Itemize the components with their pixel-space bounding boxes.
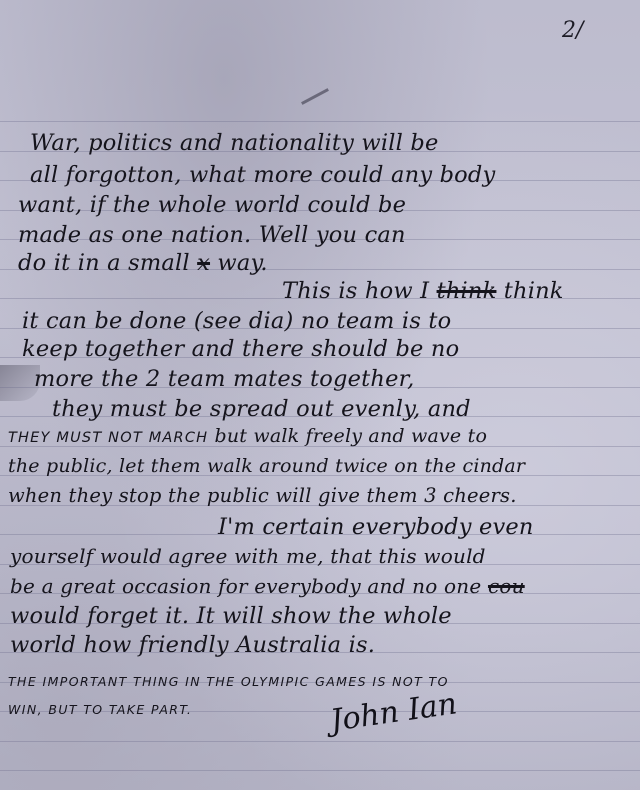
- letter-line-16: be a great occasion for everybody and no…: [10, 574, 525, 598]
- letter-line-5: do it in a small x way.: [18, 250, 268, 276]
- letter-line-18: world how friendly Australia is.: [10, 632, 375, 658]
- letter-line-3: want, if the whole world could be: [18, 192, 406, 218]
- letter-line-1: War, politics and nationality will be: [30, 130, 439, 156]
- ruled-line: [0, 770, 640, 771]
- letter-line-9: more the 2 team mates together,: [34, 366, 414, 392]
- letter-line-11: THEY MUST NOT MARCH but walk freely and …: [8, 425, 487, 447]
- letter-line-20: WIN, BUT TO TAKE PART.: [8, 694, 192, 720]
- signature: John Ian: [328, 686, 459, 738]
- letter-line-19: THE IMPORTANT THING IN THE OLYMIPIC GAME…: [8, 666, 449, 692]
- page-number: 2/: [562, 18, 583, 43]
- letter-line-8: keep together and there should be no: [22, 336, 459, 362]
- paper-crease: [301, 88, 329, 105]
- ruled-line: [0, 741, 640, 742]
- letter-line-12: the public, let them walk around twice o…: [8, 455, 525, 477]
- letter-line-14: I'm certain everybody even: [218, 514, 534, 540]
- letter-line-13: when they stop the public will give them…: [8, 484, 517, 507]
- letter-line-17: would forget it. It will show the whole: [10, 603, 452, 629]
- letter-line-4: made as one nation. Well you can: [18, 222, 406, 248]
- letter-page: 2/ War, politics and nationality will be…: [0, 0, 640, 790]
- letter-line-2: all forgotton, what more could any body: [30, 162, 495, 188]
- letter-line-6: This is how I think think: [282, 278, 564, 304]
- letter-line-10: they must be spread out evenly, and: [52, 396, 471, 422]
- letter-line-15: yourself would agree with me, that this …: [10, 544, 486, 568]
- letter-line-7: it can be done (see dia) no team is to: [22, 308, 451, 334]
- ruled-line: [0, 121, 640, 122]
